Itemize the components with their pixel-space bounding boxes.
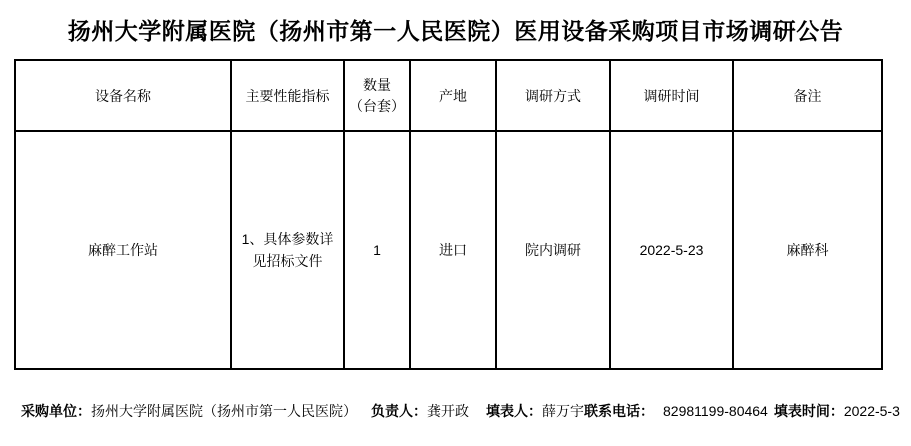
procurement-table: 设备名称 主要性能指标 数量 （台套） 产地 调研方式 调研时间 备注 麻醉工作… [14, 59, 883, 370]
footer-filler-value: 薛万宇 [542, 403, 584, 419]
footer-responsible-person: 负责人：龚开政 [371, 401, 469, 421]
page-title: 扬州大学附属医院（扬州市第一人民医院）医用设备采购项目市场调研公告 [0, 13, 911, 46]
header-quantity: 数量 （台套） [344, 60, 410, 131]
header-performance: 主要性能指标 [231, 60, 344, 131]
footer-filler-label: 填表人： [486, 403, 542, 419]
footer-filldate-value: 2022-5-3 [844, 403, 900, 419]
footer-responsible-value: 龚开政 [427, 403, 469, 419]
footer-purchaser-label: 采购单位： [21, 403, 91, 419]
footer-info: 采购单位：扬州大学附属医院（扬州市第一人民医院）负责人：龚开政填表人：薛万宇联系… [21, 401, 900, 421]
header-method: 调研方式 [496, 60, 610, 131]
cell-performance: 1、具体参数详见招标文件 [231, 131, 344, 369]
footer-purchaser: 采购单位：扬州大学附属医院（扬州市第一人民医院） [21, 401, 357, 421]
footer-filldate-label: 填表时间： [774, 403, 844, 419]
cell-origin: 进口 [410, 131, 496, 369]
header-origin: 产地 [410, 60, 496, 131]
header-device-name: 设备名称 [15, 60, 231, 131]
footer-purchaser-value: 扬州大学附属医院（扬州市第一人民医院） [91, 403, 357, 419]
cell-remark: 麻醉科 [733, 131, 882, 369]
footer-responsible-label: 负责人： [371, 403, 427, 419]
footer-phone-value: 82981199-80464 [654, 403, 768, 419]
footer-fill-date: 填表时间：2022-5-3 [774, 401, 900, 421]
footer-form-filler: 填表人：薛万宇 [486, 401, 584, 421]
header-time: 调研时间 [610, 60, 733, 131]
cell-device-name: 麻醉工作站 [15, 131, 231, 369]
cell-time: 2022-5-23 [610, 131, 733, 369]
table-row: 麻醉工作站 1、具体参数详见招标文件 1 进口 院内调研 2022-5-23 麻… [15, 131, 882, 369]
table-header-row: 设备名称 主要性能指标 数量 （台套） 产地 调研方式 调研时间 备注 [15, 60, 882, 131]
header-remark: 备注 [733, 60, 882, 131]
document-page: 扬州大学附属医院（扬州市第一人民医院）医用设备采购项目市场调研公告 设备名称 主… [0, 0, 911, 446]
cell-quantity: 1 [344, 131, 410, 369]
footer-phone-label: 联系电话： [584, 403, 654, 419]
cell-method: 院内调研 [496, 131, 610, 369]
footer-contact-phone: 联系电话：82981199-80464 [584, 401, 768, 421]
